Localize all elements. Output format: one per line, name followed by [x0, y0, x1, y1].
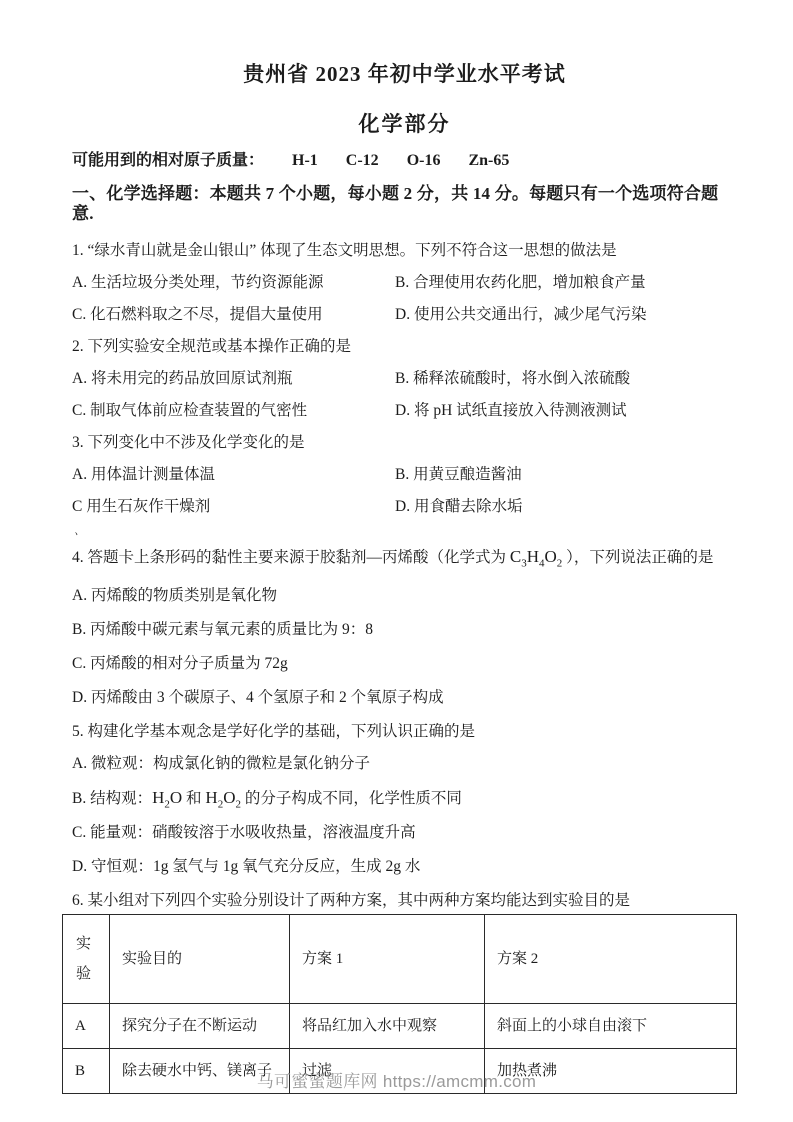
q2-options-row-2: C. 制取气体前应检查装置的气密性 D. 将 pH 试纸直接放入待测液测试	[72, 401, 737, 420]
exam-page: 贵州省 2023 年初中学业水平考试 化学部分 可能用到的相对原子质量：H-1C…	[0, 0, 793, 1122]
atomic-mass-o: O-16	[407, 152, 441, 170]
table-header-row: 实验 实验目的 方案 1 方案 2	[63, 915, 737, 1004]
q2-options-row-1: A. 将未用完的药品放回原试剂瓶 B. 稀释浓硫酸时，将水倒入浓硫酸	[72, 369, 737, 388]
table-header-experiment: 实验	[63, 915, 110, 1004]
atomic-mass-h: H-1	[292, 152, 318, 170]
q3-option-c: C 用生石灰作干燥剂	[72, 497, 395, 516]
q5-option-b-mid: 和	[182, 790, 205, 807]
atomic-mass-line: 可能用到的相对原子质量：H-1C-12O-16Zn-65	[72, 152, 737, 170]
acrylic-acid-formula: C3H4O2	[510, 547, 562, 566]
hydrogen-peroxide-formula: H2O2	[205, 788, 241, 807]
formula-symbol: O	[170, 788, 182, 807]
q4-stem-pre: 4. 答题卡上条形码的黏性主要来源于胶黏剂—丙烯酸（化学式为	[72, 549, 510, 566]
q4-option-a: A. 丙烯酸的物质类别是氧化物	[72, 586, 737, 605]
formula-symbol: H	[205, 788, 217, 807]
q3-option-a: A. 用体温计测量体温	[72, 465, 395, 484]
row-a-plan2: 斜面上的小球自由滚下	[485, 1004, 737, 1049]
q3-stem: 3. 下列变化中不涉及化学变化的是	[72, 433, 737, 452]
q5-option-b: B. 结构观：H2O 和 H2O2 的分子构成不同，化学性质不同	[72, 788, 737, 808]
q1-options-row-1: A. 生活垃圾分类处理，节约资源能源 B. 合理使用农药化肥，增加粮食产量	[72, 273, 737, 292]
scan-artifact-row: 、	[72, 529, 737, 535]
q4-option-d: D. 丙烯酸由 3 个碳原子、4 个氢原子和 2 个氧原子构成	[72, 688, 737, 707]
formula-symbol: O	[223, 788, 235, 807]
formula-symbol: H	[527, 547, 539, 566]
q4-stem-post: ），下列说法正确的是	[562, 549, 713, 566]
q3-option-b: B. 用黄豆酿造酱油	[395, 465, 737, 484]
q5-option-d: D. 守恒观：1g 氢气与 1g 氧气充分反应，生成 2g 水	[72, 857, 737, 876]
page-subtitle: 化学部分	[72, 112, 737, 136]
q2-stem: 2. 下列实验安全规范或基本操作正确的是	[72, 337, 737, 356]
scan-artifact-mark: 、	[73, 522, 87, 540]
q1-option-b: B. 合理使用农药化肥，增加粮食产量	[395, 273, 737, 292]
q2-option-c: C. 制取气体前应检查装置的气密性	[72, 401, 395, 420]
q2-option-a: A. 将未用完的药品放回原试剂瓶	[72, 369, 395, 388]
q3-options-row-2: C 用生石灰作干燥剂 D. 用食醋去除水垢	[72, 497, 737, 516]
atomic-mass-c: C-12	[346, 152, 379, 170]
table-header-plan2: 方案 2	[485, 915, 737, 1004]
row-a-label: A	[63, 1004, 110, 1049]
q2-option-b: B. 稀释浓硫酸时，将水倒入浓硫酸	[395, 369, 737, 388]
q2-option-d: D. 将 pH 试纸直接放入待测液测试	[395, 401, 737, 420]
q1-stem: 1. “绿水青山就是金山银山” 体现了生态文明思想。下列不符合这一思想的做法是	[72, 241, 737, 260]
q1-option-c: C. 化石燃料取之不尽，提倡大量使用	[72, 305, 395, 324]
q4-option-c: C. 丙烯酸的相对分子质量为 72g	[72, 654, 737, 673]
q6-stem: 6. 某小组对下列四个实验分别设计了两种方案，其中两种方案均能达到实验目的是	[72, 891, 737, 910]
q3-option-d: D. 用食醋去除水垢	[395, 497, 737, 516]
q3-options-row-1: A. 用体温计测量体温 B. 用黄豆酿造酱油	[72, 465, 737, 484]
atomic-mass-zn: Zn-65	[468, 152, 509, 170]
q5-option-a: A. 微粒观：构成氯化钠的微粒是氯化钠分子	[72, 754, 737, 773]
q5-stem: 5. 构建化学基本观念是学好化学的基础，下列认识正确的是	[72, 722, 737, 741]
q5-option-c: C. 能量观：硝酸铵溶于水吸收热量，溶液温度升高	[72, 823, 737, 842]
q5-option-b-post: 的分子构成不同，化学性质不同	[241, 790, 462, 807]
q4-stem: 4. 答题卡上条形码的黏性主要来源于胶黏剂—丙烯酸（化学式为 C3H4O2 ），…	[72, 547, 737, 567]
exam-content: 贵州省 2023 年初中学业水平考试 化学部分 可能用到的相对原子质量：H-1C…	[0, 0, 793, 1094]
formula-symbol: O	[545, 547, 557, 566]
water-formula: H2O	[152, 788, 182, 807]
watermark-footer: 马可蜜蜜题库网 https://amcmm.com	[0, 1067, 793, 1092]
atomic-mass-label: 可能用到的相对原子质量：	[72, 152, 264, 169]
row-a-purpose: 探究分子在不断运动	[110, 1004, 290, 1049]
formula-symbol: C	[510, 547, 521, 566]
q1-options-row-2: C. 化石燃料取之不尽，提倡大量使用 D. 使用公共交通出行，减少尾气污染	[72, 305, 737, 324]
q4-option-b: B. 丙烯酸中碳元素与氧元素的质量比为 9：8	[72, 620, 737, 639]
formula-symbol: H	[152, 788, 164, 807]
table-row: A 探究分子在不断运动 将品红加入水中观察 斜面上的小球自由滚下	[63, 1004, 737, 1049]
table-header-purpose: 实验目的	[110, 915, 290, 1004]
page-title: 贵州省 2023 年初中学业水平考试	[72, 62, 737, 86]
q1-option-d: D. 使用公共交通出行，减少尾气污染	[395, 305, 737, 324]
q1-option-a: A. 生活垃圾分类处理，节约资源能源	[72, 273, 395, 292]
row-a-plan1: 将品红加入水中观察	[290, 1004, 485, 1049]
section-header: 一、化学选择题：本题共 7 个小题，每小题 2 分，共 14 分。每题只有一个选…	[72, 184, 737, 224]
q5-option-b-pre: B. 结构观：	[72, 790, 152, 807]
table-header-plan1: 方案 1	[290, 915, 485, 1004]
